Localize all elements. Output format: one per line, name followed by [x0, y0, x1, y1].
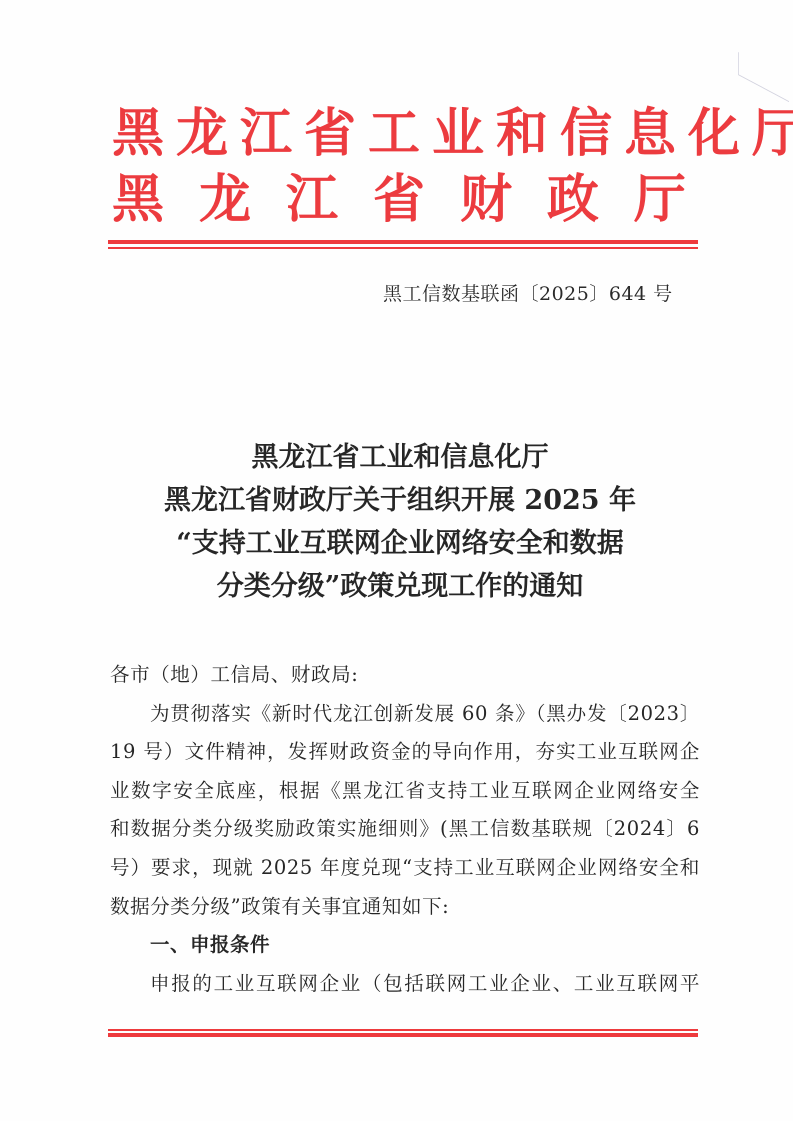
paragraph-line: 和数据分类分级奖励政策实施细则》(黑工信数基联规〔2024〕6: [110, 810, 700, 849]
footer-divider-thin: [108, 1029, 698, 1031]
masthead-issuer-1: 黑龙江省工业和信息化厅: [112, 104, 692, 164]
scan-corner-mark: [738, 52, 789, 102]
title-line: 分类分级”政策兑现工作的通知: [100, 565, 700, 608]
title-line: 黑龙江省财政厅关于组织开展 2025 年: [100, 479, 700, 522]
document-number: 黑工信数基联函〔2025〕644 号: [383, 281, 673, 307]
document-page: 黑龙江省工业和信息化厅 黑 龙 江 省 财 政 厅 黑工信数基联函〔2025〕6…: [0, 0, 793, 1121]
paragraph-line: 为贯彻落实《新时代龙江创新发展 60 条》（黑办发〔2023〕: [110, 695, 700, 734]
masthead-char: 政: [547, 170, 599, 230]
paragraph-line: 数据分类分级”政策有关事宜通知如下:: [110, 888, 700, 927]
masthead-divider-thin: [108, 247, 698, 249]
masthead-char: 厅: [634, 170, 686, 230]
footer-divider-thick: [108, 1033, 698, 1037]
paragraph-line: 申报的工业互联网企业（包括联网工业企业、工业互联网平: [110, 965, 700, 1004]
paragraph-line: 19 号）文件精神，发挥财政资金的导向作用，夯实工业互联网企: [110, 733, 700, 772]
document-title: 黑龙江省工业和信息化厅 黑龙江省财政厅关于组织开展 2025 年 “支持工业互联…: [100, 436, 700, 608]
paragraph-line: 号）要求，现就 2025 年度兑现“支持工业互联网企业网络安全和: [110, 849, 700, 888]
masthead-char: 龙: [199, 170, 251, 230]
paragraph-line: 业数字安全底座，根据《黑龙江省支持工业互联网企业网络安全: [110, 772, 700, 811]
masthead-issuer-2: 黑 龙 江 省 财 政 厅: [112, 170, 686, 230]
salutation: 各市（地）工信局、财政局:: [110, 656, 700, 695]
masthead-char: 江: [286, 170, 338, 230]
title-line: 黑龙江省工业和信息化厅: [100, 436, 700, 479]
title-line: “支持工业互联网企业网络安全和数据: [100, 522, 700, 565]
masthead-divider-thick: [108, 240, 698, 244]
masthead-char: 省: [373, 170, 425, 230]
masthead-char: 黑: [112, 170, 164, 230]
section-heading: 一、申报条件: [110, 926, 700, 965]
document-body: 各市（地）工信局、财政局: 为贯彻落实《新时代龙江创新发展 60 条》（黑办发〔…: [110, 656, 700, 1003]
masthead-char: 财: [460, 170, 512, 230]
